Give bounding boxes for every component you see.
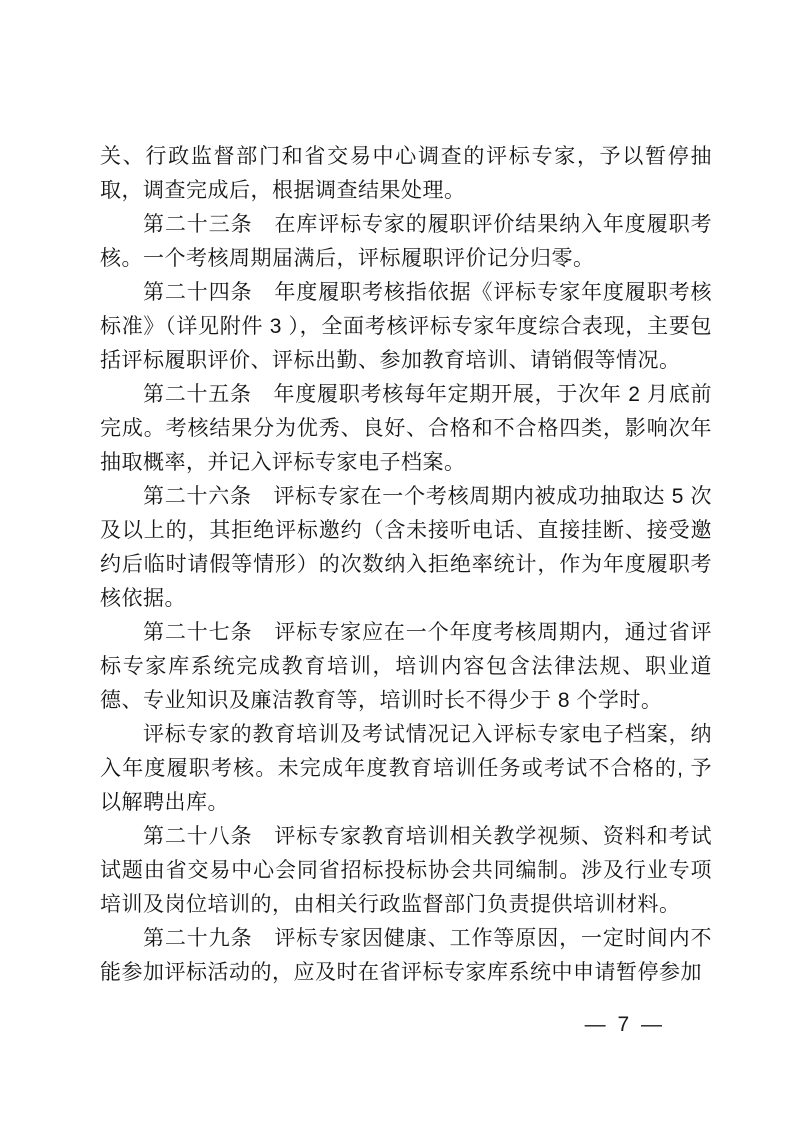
paragraph-article-26: 第二十六条 评标专家在一个考核周期内被成功抽取达 5 次及以上的，其拒绝评标邀约… — [100, 480, 712, 616]
document-page: 关、行政监督部门和省交易中心调查的评标专家，予以暂停抽取，调查完成后，根据调查结… — [0, 0, 793, 1122]
paragraph-article-27: 第二十七条 评标专家应在一个年度考核周期内，通过省评标专家库系统完成教育培训，培… — [100, 616, 712, 718]
paragraph-article-28: 第二十八条 评标专家教育培训相关教学视频、资料和考试试题由省交易中心会同省招标投… — [100, 820, 712, 922]
paragraph-article-24: 第二十四条 年度履职考核指依据《评标专家年度履职考核标准》（详见附件 3 ），全… — [100, 276, 712, 378]
paragraph-continuation: 关、行政监督部门和省交易中心调查的评标专家，予以暂停抽取，调查完成后，根据调查结… — [100, 140, 712, 208]
page-number: — 7 — — [585, 1008, 665, 1042]
document-text-block: 关、行政监督部门和省交易中心调查的评标专家，予以暂停抽取，调查完成后，根据调查结… — [100, 140, 712, 990]
paragraph-article-23: 第二十三条 在库评标专家的履职评价结果纳入年度履职考核。一个考核周期届满后，评标… — [100, 208, 712, 276]
paragraph-article-29: 第二十九条 评标专家因健康、工作等原因，一定时间内不能参加评标活动的，应及时在省… — [100, 922, 712, 990]
paragraph-article-27-sub: 评标专家的教育培训及考试情况记入评标专家电子档案，纳入年度履职考核。未完成年度教… — [100, 718, 712, 820]
paragraph-article-25: 第二十五条 年度履职考核每年定期开展，于次年 2 月底前完成。考核结果分为优秀、… — [100, 378, 712, 480]
